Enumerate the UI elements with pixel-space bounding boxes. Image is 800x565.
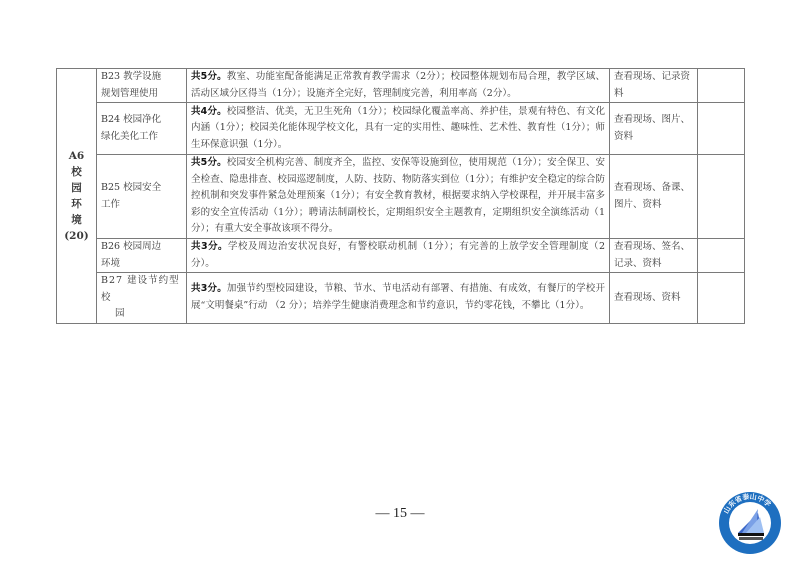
school-logo-icon: 山东省泰山中学 (718, 491, 782, 555)
description-cell: 共3分。学校及周边治安状况良好，有警校联动机制（1分）；有完善的上放学安全管理制… (187, 239, 610, 273)
table-row: B26 校园周边 环境 共3分。学校及周边治安状况良好，有警校联动机制（1分）；… (57, 239, 745, 273)
score-cell (698, 239, 745, 273)
document-page: A6 校 园 环 境 (20) B23 教学设施 规划管理使用 共5分。教室、功… (0, 0, 800, 565)
total-score: 共4分。 (191, 106, 227, 117)
item-cell: B27 建设节约型校 园 (97, 273, 187, 324)
table-row: A6 校 园 环 境 (20) B23 教学设施 规划管理使用 共5分。教室、功… (57, 69, 745, 103)
evaluation-table: A6 校 园 环 境 (20) B23 教学设施 规划管理使用 共5分。教室、功… (56, 68, 745, 324)
method-cell: 查看现场、记录资料 (610, 69, 698, 103)
method-cell: 查看现场、备课、图片、资料 (610, 155, 698, 239)
category-cell: A6 校 园 环 境 (20) (57, 69, 97, 324)
category-char: 环 (61, 196, 92, 212)
score-cell (698, 103, 745, 155)
page-number: — 15 — (0, 506, 800, 522)
item-cell: B23 教学设施 规划管理使用 (97, 69, 187, 103)
description-cell: 共5分。校园安全机构完善、制度齐全，监控、安保等设施到位，使用规范（1分）；安全… (187, 155, 610, 239)
description-cell: 共4分。校园整洁、优美，无卫生死角（1分）；校园绿化覆盖率高、养护佳，景观有特色… (187, 103, 610, 155)
table-row: B24 校园净化 绿化美化工作 共4分。校园整洁、优美，无卫生死角（1分）；校园… (57, 103, 745, 155)
description-cell: 共5分。教室、功能室配备能满足正常教育教学需求（2分）；校园整体规划布局合理，教… (187, 69, 610, 103)
method-cell: 查看现场、图片、资料 (610, 103, 698, 155)
score-cell (698, 69, 745, 103)
score-cell (698, 155, 745, 239)
method-cell: 查看现场、资料 (610, 273, 698, 324)
item-cell: B25 校园安全 工作 (97, 155, 187, 239)
total-score: 共5分。 (191, 157, 227, 168)
item-cell: B26 校园周边 环境 (97, 239, 187, 273)
category-code: A6 (61, 148, 92, 164)
table-row: B27 建设节约型校 园 共3分。加强节约型校园建设，节粮、节水、节电活动有部署… (57, 273, 745, 324)
total-score: 共5分。 (191, 71, 227, 82)
table-row: B25 校园安全 工作 共5分。校园安全机构完善、制度齐全，监控、安保等设施到位… (57, 155, 745, 239)
category-score: (20) (61, 228, 92, 244)
category-char: 校 (61, 164, 92, 180)
item-cell: B24 校园净化 绿化美化工作 (97, 103, 187, 155)
total-score: 共3分。 (191, 241, 228, 252)
description-cell: 共3分。加强节约型校园建设，节粮、节水、节电活动有部署、有措施、有成效，有餐厅的… (187, 273, 610, 324)
category-char: 园 (61, 180, 92, 196)
method-cell: 查看现场、签名、记录、资料 (610, 239, 698, 273)
score-cell (698, 273, 745, 324)
category-char: 境 (61, 212, 92, 228)
total-score: 共3分。 (191, 283, 227, 294)
